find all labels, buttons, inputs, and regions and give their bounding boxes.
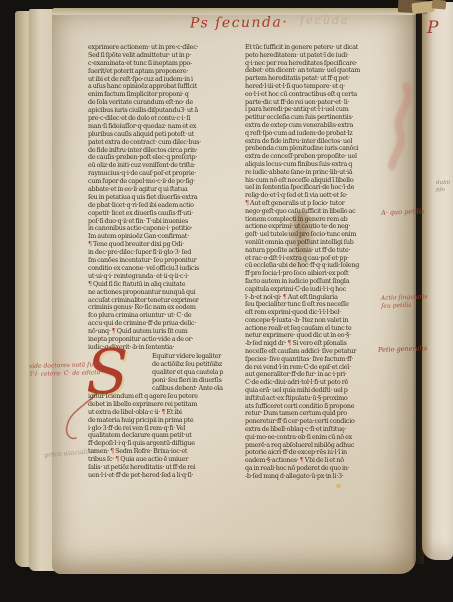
text-line: c·examinata·et tunc ſi ineptam ppo-: [88, 60, 238, 68]
text-line: q·i·nec per rea hereditates ſpecificare·: [245, 60, 403, 68]
text-line: qualiter et qua cautela p: [152, 369, 238, 377]
text-line: poni· ſeu fieri in diuerſis: [152, 377, 238, 385]
text-line: caſibus debent· Ante oīa: [152, 385, 238, 393]
torn-paper-fragment: [432, 0, 447, 10]
text-line: C·de edic·diui·adri·tol·l·fi·ut peto rē: [245, 379, 403, 387]
text-line: debet· etn dicent· an totam· uel quotam: [245, 67, 403, 75]
text-line: conditio ex canone· vel officiu3 iudicis: [88, 265, 238, 273]
text-line: enim factum ſimpliciter proponi· q: [88, 91, 238, 99]
pilcrow-mark: ¶: [283, 294, 287, 301]
text-line: ī·-b·et noī·qi· ¶ Aut eſt ſingularia: [245, 294, 403, 302]
pilcrow-mark: ¶: [115, 456, 119, 463]
text-line: apicibus iuris ciuilis diſputandu3· ut ā: [88, 107, 238, 115]
text-line: ¶ Aut eſt generalis ut p ſocio· tutor: [245, 200, 403, 208]
text-line: et rac·o·dſt·l·i·extra q cau·poſ·et·pp·: [245, 255, 403, 263]
text-line: extra de fide inſtru·inter dilectos· uel: [245, 138, 403, 146]
text-line: qa in reali·hoc nō poderet de quo in·: [245, 465, 403, 473]
page-top-edge: [52, 8, 416, 15]
text-line: a uſus hanc opinioēz approbat ſufficit: [88, 83, 238, 91]
text-line: in canonibus actio·capone·i· petitio·: [88, 225, 238, 233]
pilcrow-mark: ¶: [112, 328, 116, 335]
text-line: de fide inſtru·inter dilectos circa prin…: [88, 147, 238, 155]
text-line: eū oliz·de initi·cuz veniſſent·de triſta…: [88, 162, 238, 170]
text-line: ſm canões incentatur· ſeu proponitur: [88, 257, 238, 265]
text-column-left-upper: exprimere actionem· ut in pre·c·dilec·Se…: [88, 44, 238, 352]
margin-note-line: dubii: [436, 180, 450, 187]
text-line: eadem·§·actiones· ¶ Vbi de li et nō: [245, 457, 403, 465]
text-line: retur· Dum tamen certum quid pro: [245, 410, 403, 418]
text-column-right: Et tūc ſufficit in genere petere· ut dic…: [245, 44, 403, 481]
text-line: cū eccleſia·ubi de hoc·ff·q·q·iudi·ſolen…: [245, 262, 403, 270]
text-line: actione exprimi· ut cautio te·de neg·: [245, 223, 403, 231]
text-line: partem hereditatis petat· ut ff·q pet·: [245, 75, 403, 83]
text-line: q reſt·ſpo·cum ad iudem·de probat·lz: [245, 130, 403, 138]
text-line: concepe·§·iuxta·-b· Itez non valet in: [245, 317, 403, 325]
text-line: poſ·ſi duo·q·ii·et fin· T·ubi inuenies: [88, 218, 238, 226]
ink-offset-ghost-text: ſecūda: [300, 14, 349, 27]
text-line: aliquis locus·cum finibus ſuis·extra q: [245, 161, 403, 169]
text-column-left-beside-initial: Equitur videre legaliterde actiōibz ſeu …: [152, 353, 238, 392]
facing-page-edge: [422, 2, 453, 560]
pilcrow-mark: ¶: [110, 448, 114, 455]
text-line: peto hereditatem· ut patet·ī de iudi·: [245, 52, 403, 60]
text-line: poneretur·ff·ſi cer·peta·certi condicio: [245, 418, 403, 426]
text-line: de pbat·licet·q·ri·ſed ibi eadem actio: [88, 202, 238, 210]
text-line: -b·ſed nunq d·allegato·ū·px·in li·3·: [245, 473, 403, 481]
text-line: accuſat criminaliter tenetur exprimer: [88, 297, 238, 305]
text-line: de materia huig pricipii in prima pte: [88, 417, 238, 425]
text-line: netur exprimere· quod dic ut in eo·§·: [245, 332, 403, 340]
text-line: potorie aicri·ff·de excep·rēs iu·l·ī in: [245, 449, 403, 457]
pilcrow-mark: ¶: [245, 200, 249, 207]
text-line: ſuerit/et poterit aptam proponere·: [88, 68, 238, 76]
text-line: pre·c·dilec·et de dolo et contu·c·i· ſi: [88, 115, 238, 123]
text-line: ¶ Quid ſi ſic ſtatutū in aliq ciuitate: [88, 281, 238, 289]
facing-page-header-fragment: P: [427, 18, 438, 38]
text-line: prebenda cum plenitudine iuris canōci: [245, 145, 403, 153]
text-line: quia erā· uel quia mihi dediſti· uel p: [245, 387, 403, 395]
text-line: man·ſi fideiuſſor·q·quedaz· nam et ex: [88, 123, 238, 131]
text-line: de actiōibz ſeu petitōibz: [152, 361, 238, 369]
text-line: capitula exprimi·C·de iudi·l·i·q hoc: [245, 286, 403, 294]
text-line: criminis genus· Ro·ſic nam ex eodem: [88, 304, 238, 312]
text-line: his·cum nō eſt neceſſe aliquid ī libello: [245, 177, 403, 185]
text-line: ut·ui·q·i· reintegranda· et·ii·q·ii·c·i·: [88, 273, 238, 281]
pilcrow-mark: ¶: [287, 340, 291, 347]
text-line: ſeu in petatiua q uis fiet diuerſis·extr…: [88, 194, 238, 202]
text-line: raymucius·q·i·de cauſ·poſ·et proprie·: [88, 170, 238, 178]
text-line: igitur ſciendum eſt q agere ſeu petere: [88, 393, 238, 401]
text-line: ut ibi et de reſt·ſpo·cuz ad iudem·in i: [88, 76, 238, 84]
text-line: ſeu ſpecialiter tunc ſi eſt res neceſſe: [245, 301, 403, 309]
text-line: uen·l·i·et·ff·de pet·hered·ſed a li·q·ſi…: [88, 472, 238, 480]
text-line: ut extra de libel·obla·c·ii· ¶ Et ibi: [88, 409, 238, 417]
text-line: pmerē·a req abſoluerel nibilōg adhuc: [245, 442, 403, 450]
margin-note-left-red: vide doctores notā ſuam T·l· cetera· C· …: [29, 361, 103, 378]
text-line: hered·l·iii·et·l·ſi quo tempore· et q·: [245, 83, 403, 91]
text-line: qualitatem declarare quam petit·ut: [88, 432, 238, 440]
text-line: ſpecies· ſive quantitas· ſive factum·ff·: [245, 356, 403, 364]
pilcrow-mark: ¶: [300, 457, 304, 464]
text-line: Sed ſi ſpōte velit admittetur· ut in p·: [88, 52, 238, 60]
text-line: extra de conceſſ·preben·propoſite· uel: [245, 153, 403, 161]
text-line: ¶ Tene quod breuiter dixi pg Odi·: [88, 241, 238, 249]
text-line: de rei vend·ī·in rem·C·de epiſ·et cleī·: [245, 364, 403, 372]
text-line: tribus ſc· ¶ Quia aue actio ē uniuer: [88, 456, 238, 464]
text-line: accu·qui de crimine·ff·de priua·delic·: [88, 320, 238, 328]
text-line: Equitur videre legaliter: [152, 353, 238, 361]
margin-note-right-2: Actio ſingularis ſeu petilis: [381, 293, 428, 310]
wax-spot: [335, 483, 342, 489]
text-line: ne actiones proponantur nunquā qui: [88, 289, 238, 297]
text-line: Im autem opinioēz Gan·confirmat·: [88, 233, 238, 241]
text-line: re iudic·abbate ſane·in princ·lib·ut·iā: [245, 169, 403, 177]
text-line: facto autem in iudicio poſſunt ſingla: [245, 278, 403, 286]
text-line: ff·depoſi·l·i·q·ſi quis argentū·diſtigue: [88, 440, 238, 448]
text-line: ats ſufficeret certi conditio ſi propone: [245, 403, 403, 411]
text-line: de cauſis·preben·poſt elec·q preſcrip·: [88, 154, 238, 162]
text-column-left-lower: igitur ſciendum eſt q agere ſeu peterede…: [88, 393, 238, 480]
text-line: pluribus cauſis aliquid peti poteſt· ut: [88, 131, 238, 139]
text-line: fco plura crimina oriuntur· ut· C· de: [88, 312, 238, 320]
text-line: relig·do·et·ī·q·ſed et ſi via uett·et ſe…: [245, 192, 403, 200]
margin-note-line: pſo: [436, 187, 450, 194]
text-line: eo·l·i·et hoc cū contractibus eſt q cert…: [245, 91, 403, 99]
text-line: geſt· uel tutele uel pro ſocio·tunc enim: [245, 231, 403, 239]
text-line: inſtituī act·ex ſtipulatu·ū·§·proximo: [245, 395, 403, 403]
text-line: petitur eccleſia cum ſuis pertinentiis·: [245, 114, 403, 122]
text-line: i·glo·3·ff·de rei ven·ſi rem·q·fi· Vel: [88, 425, 238, 433]
text-line: cum ſuper de capel·mo·c·ii·de po·ſig·: [88, 178, 238, 186]
text-line: nego·geſt·quo caſu ſufficit in libello a…: [245, 208, 403, 216]
text-line: tionem complecti in genere rem ab: [245, 216, 403, 224]
text-line: debet in libello exprimere rei petitam: [88, 401, 238, 409]
pilcrow-mark: ¶: [88, 241, 92, 248]
text-line: parte·dic ut ff·de rei uen·pater·et· li·: [245, 99, 403, 107]
text-line: tamen· ¶ Sedm Rofre· Brixa·ioc·et: [88, 448, 238, 456]
margin-note-right-3: Petio generalis: [378, 344, 427, 354]
text-line: i para heredi·pe·antiq·et·l·i·uel cum: [245, 106, 403, 114]
text-line: copetit· licet ex diuerſis cauſis·ff·uti…: [88, 210, 238, 218]
text-line: eſt rem exprimi·quod dic·ī·ī·l·bel·: [245, 309, 403, 317]
text-line: extra de extep·cum venerabilis·extra: [245, 122, 403, 130]
pilcrow-mark: ¶: [161, 409, 165, 416]
pilcrow-mark: ¶: [88, 281, 92, 288]
text-line: natura ppoſite actionis· ut ff·de tute·: [245, 247, 403, 255]
text-line: de ſola veritate curandum eſt·no· de: [88, 99, 238, 107]
text-line: veniūt omnia que poſſunt intelligi ſub: [245, 239, 403, 247]
margin-note-right-1: A· quo petilis: [381, 207, 425, 217]
text-line: patet extra de contract· cum dilec·bus·: [88, 139, 238, 147]
text-line: Et tūc ſufficit in genere petere· ut dic…: [245, 44, 403, 52]
text-line: qui·mo·ee·contra·ob·ſi enim cū nō ex: [245, 434, 403, 442]
text-line: abbate·et in eo·li·agitur q ui ſtatua: [88, 186, 238, 194]
running-header: Ps ſecunda·: [190, 14, 288, 31]
text-line: actione reali·et ſeq cauſam eī tunc te: [245, 325, 403, 333]
text-line: ff·pro ſocia·l·pro ſoco aibieri·ex poſt: [245, 270, 403, 278]
margin-note-facing-page: dubii pſo: [436, 180, 450, 193]
text-line: uel in ſententia ſpecificari·de hoc·ī·de: [245, 184, 403, 192]
text-line: extra de libelī·oblaq·c·fi·et inſtituę·: [245, 426, 403, 434]
text-line: exprimere actionem· ut in pre·c·dilec·: [88, 44, 238, 52]
text-line: ſalis· ut petiōz hereditatis· ut ff·de r…: [88, 464, 238, 472]
text-line: in dec·pre·dilec·ſuper fi·ii·glo·3· ſed: [88, 249, 238, 257]
text-line: aut generaliter·ff·de fur· in ac·i·pri·: [245, 371, 403, 379]
